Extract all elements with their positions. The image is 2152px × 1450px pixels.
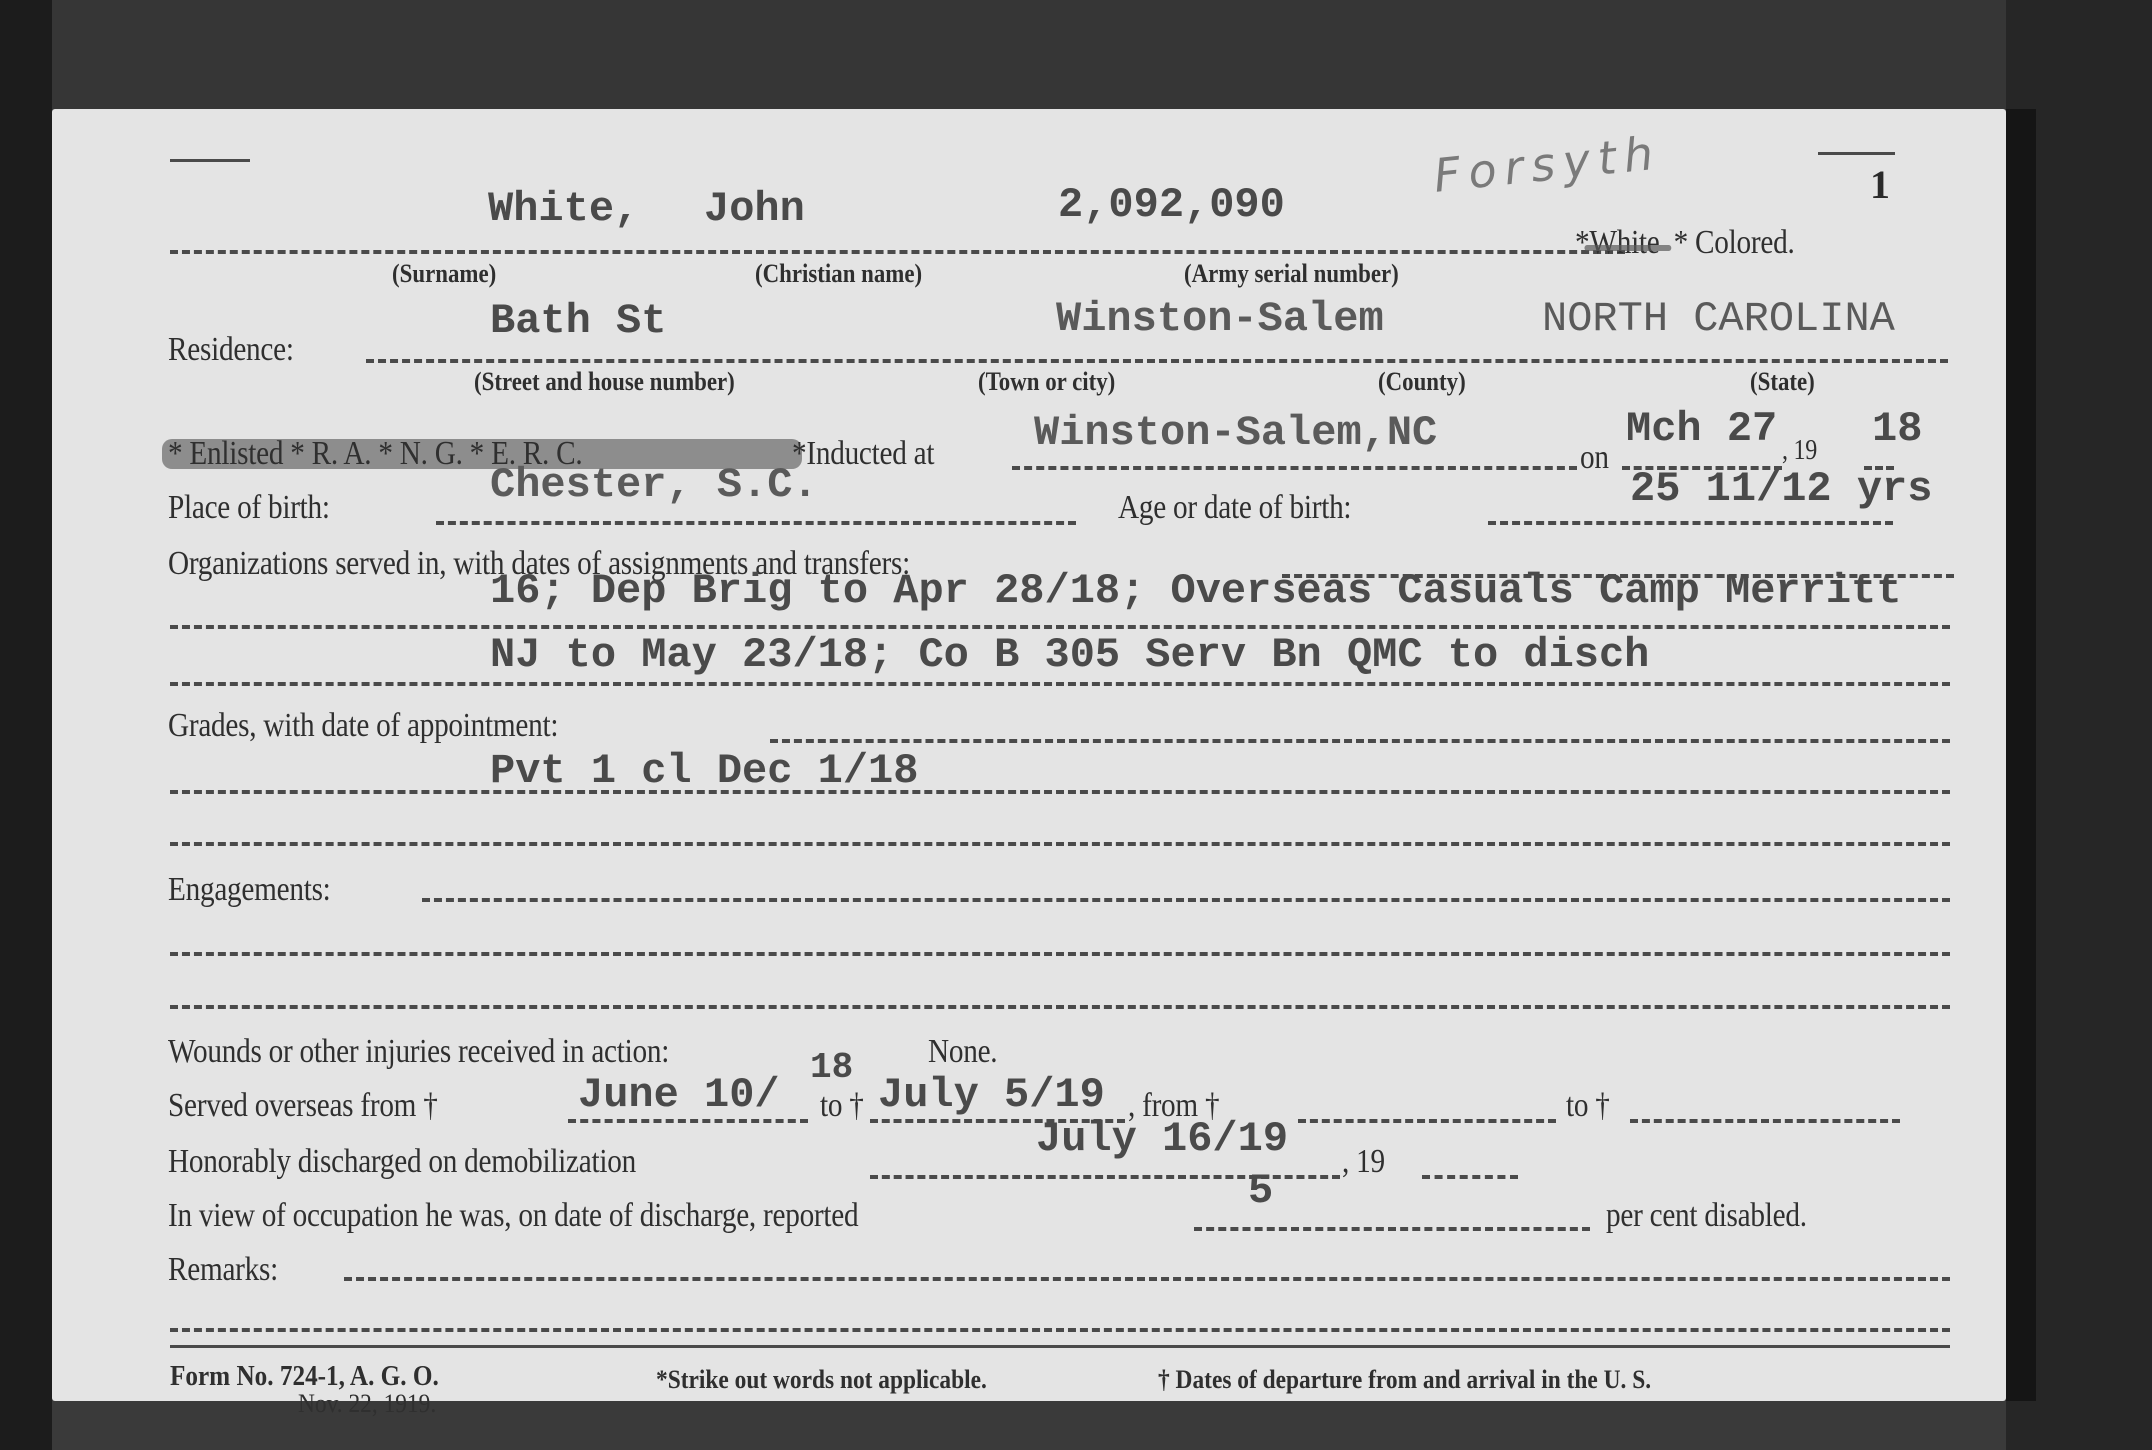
wounds-value: None. (928, 1033, 997, 1071)
remarks-line-1 (344, 1277, 1950, 1281)
inducted-at-value: Winston-Salem,NC (1034, 409, 1437, 457)
overseas-from-year: 18 (810, 1047, 853, 1088)
discharge-year-prefix: , 19 (1342, 1143, 1385, 1181)
engagements-line-3 (170, 1005, 1950, 1009)
top-left-rule (170, 159, 250, 162)
induction-date-value: Mch 27 (1626, 405, 1777, 453)
grades-line-2-rule (170, 842, 1950, 846)
dates-note: † Dates of departure from and arrival in… (1158, 1365, 1651, 1395)
disability-line (1194, 1227, 1590, 1231)
discharge-label: Honorably discharged on demobilization (168, 1143, 636, 1181)
scanner-background-left (0, 0, 52, 1450)
top-right-rule (1818, 152, 1895, 155)
inducted-at-line (1012, 466, 1577, 470)
handwritten-county-note: Forsyth (1431, 125, 1663, 203)
engagements-line-2 (170, 952, 1950, 956)
card-shadow (2006, 109, 2036, 1401)
scanner-background-top (0, 0, 2152, 109)
engagements-line-1 (422, 898, 1950, 902)
race-options: *White * Colored. (1575, 224, 1795, 262)
strike-note: *Strike out words not applicable. (656, 1365, 987, 1395)
army-serial-number-label: (Army serial number) (1184, 259, 1399, 289)
overseas-to2-line (1630, 1119, 1900, 1123)
discharge-year-line (1422, 1175, 1518, 1179)
discharge-date-value: July 16/19 (1036, 1115, 1288, 1163)
town-label: (Town or city) (978, 367, 1115, 397)
disability-suffix: per cent disabled. (1606, 1197, 1807, 1235)
on-label: on (1580, 439, 1609, 477)
army-serial-number-value: 2,092,090 (1058, 181, 1285, 229)
page-number: 1 (1870, 161, 1890, 208)
residence-line (366, 359, 1948, 363)
residence-town-value: Winston-Salem (1056, 295, 1384, 343)
form-date: Nov. 22, 1919. (298, 1389, 436, 1419)
induction-year-value: 18 (1872, 405, 1922, 453)
christian-name-value: John (704, 185, 805, 233)
overseas-to-value: July 5/19 (878, 1071, 1105, 1119)
surname-value: White, (488, 185, 639, 233)
organizations-line-2-rule (170, 682, 1950, 686)
remarks-label: Remarks: (168, 1251, 278, 1289)
overseas-from2-line (1298, 1119, 1556, 1123)
residence-label: Residence: (168, 331, 294, 369)
grades-label: Grades, with date of appointment: (168, 707, 558, 745)
induction-year-prefix: , 19 (1782, 435, 1817, 467)
footer-rule (170, 1345, 1950, 1348)
overseas-to-label: to † (820, 1087, 864, 1125)
overseas-from-line (568, 1119, 808, 1123)
disability-percent-value: 5 (1248, 1167, 1273, 1215)
remarks-line-2 (170, 1328, 1950, 1332)
age-label: Age or date of birth: (1118, 489, 1351, 527)
organizations-line-1: 16; Dep Brig to Apr 28/18; Overseas Casu… (490, 567, 1901, 615)
race-option-colored: Colored. (1695, 224, 1794, 261)
grades-line-1: Pvt 1 cl Dec 1/18 (490, 747, 918, 795)
place-of-birth-label: Place of birth: (168, 489, 330, 527)
organizations-line-2: NJ to May 23/18; Co B 305 Serv Bn QMC to… (490, 631, 1649, 679)
grades-label-line (770, 739, 1950, 743)
residence-state-value: NORTH CAROLINA (1542, 295, 1895, 343)
disability-label: In view of occupation he was, on date of… (168, 1197, 858, 1235)
state-label: (State) (1750, 367, 1815, 397)
overseas-to2-label: to † (1566, 1087, 1610, 1125)
street-label: (Street and house number) (474, 367, 735, 397)
age-line (1488, 521, 1893, 525)
county-label: (County) (1378, 367, 1466, 397)
wounds-label: Wounds or other injuries received in act… (168, 1033, 669, 1071)
grades-line-1-rule (170, 790, 1950, 794)
service-record-card: 1 Forsyth White, John 2,092,090 *White *… (52, 109, 2006, 1401)
race-option-white-struck: White (1589, 224, 1659, 261)
christian-name-label: (Christian name) (755, 259, 922, 289)
overseas-from-value: June 10/ (578, 1071, 780, 1119)
served-overseas-label: Served overseas from † (168, 1087, 438, 1125)
age-value: 25 11/12 yrs (1630, 465, 1932, 513)
surname-label: (Surname) (392, 259, 496, 289)
place-of-birth-value: Chester, S.C. (490, 461, 818, 509)
residence-street-value: Bath St (490, 297, 666, 345)
name-line (170, 250, 1625, 254)
place-of-birth-line (436, 521, 1076, 525)
engagements-label: Engagements: (168, 871, 331, 909)
organizations-line-1-rule (170, 625, 1950, 629)
